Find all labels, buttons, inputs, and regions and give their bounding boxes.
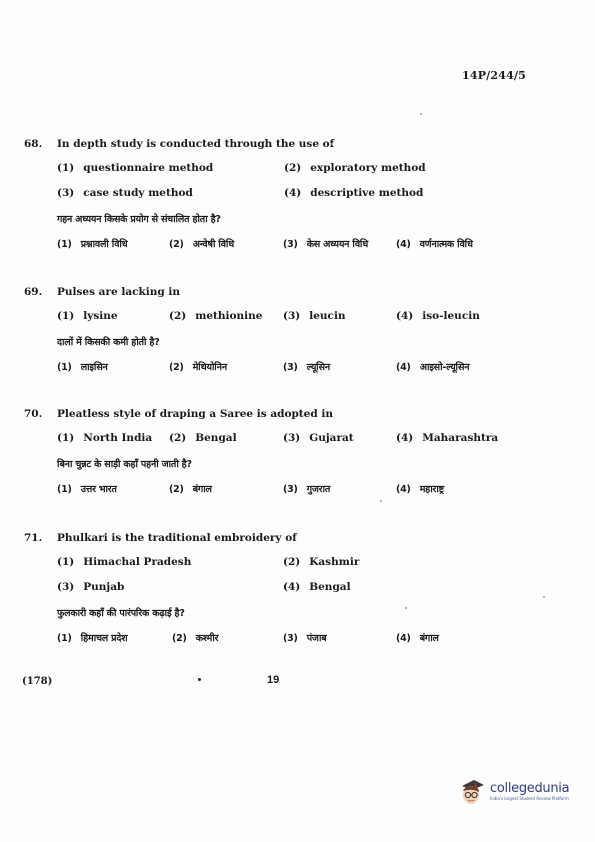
options-en: (3)case study method (4)descriptive meth… (57, 187, 544, 212)
option-3: (3)Gujarat (283, 432, 354, 444)
option-2-hindi: (2)अन्वेषी विधि (169, 237, 234, 250)
option-2-hindi: (2)बंगाल (169, 482, 212, 495)
question-text: Pleatless style of draping a Saree is ad… (57, 408, 333, 420)
options-en: (1)lysine (2)methionine (3)leucin (4)iso… (57, 310, 544, 335)
option-4-hindi: (4)बंगाल (396, 631, 439, 644)
question-text-hindi: फुलकारी कहाँ की पारंपरिक कढ़ाई है? (57, 606, 544, 631)
question-70: 70. Pleatless style of draping a Saree i… (24, 408, 544, 507)
options-en: (1)Himachal Pradesh (2)Kashmir (57, 556, 544, 581)
options-hi: (1)लाइसिन (2)मेथियोनिन (3)ल्यूसिन (4)आइस… (57, 360, 544, 385)
options-en: (1)questionnaire method (2)exploratory m… (57, 162, 544, 187)
option-1-hindi: (1)प्रश्नावली विधि (57, 237, 127, 250)
option-3-hindi: (3)केस अध्ययन विधि (283, 237, 368, 250)
option-4: (4)Bengal (283, 581, 351, 593)
mascot-icon (458, 778, 486, 806)
scan-speck (331, 143, 333, 145)
option-1-hindi: (1)लाइसिन (57, 360, 108, 373)
option-4-hindi: (4)महाराष्ट्र (396, 482, 444, 495)
options-hi: (1)हिमाचल प्रदेश (2)कश्मीर (3)पंजाब (4)ब… (57, 631, 544, 656)
paper-code: 14P/244/5 (462, 69, 526, 82)
option-2-hindi: (2)कश्मीर (172, 631, 218, 644)
option-1: (1)North India (57, 432, 152, 444)
option-3: (3)case study method (57, 187, 193, 199)
scan-speck (380, 500, 382, 502)
option-1: (1)Himachal Pradesh (57, 556, 191, 568)
scan-dot (198, 678, 201, 681)
question-number: 69. (24, 286, 57, 298)
collegedunia-watermark: collegedunia India's largest Student Rev… (458, 778, 569, 806)
scan-speck (405, 607, 407, 609)
question-69: 69. Pulses are lacking in (1)lysine (2)m… (24, 286, 544, 385)
question-number: 70. (24, 408, 57, 420)
booklet-code: (178) (22, 676, 52, 687)
option-1-hindi: (1)उत्तर भारत (57, 482, 117, 495)
question-text: Phulkari is the traditional embroidery o… (57, 532, 297, 544)
option-4: (4)descriptive method (284, 187, 423, 199)
option-4-hindi: (4)आइसो-ल्यूसिन (396, 360, 469, 373)
option-3: (3)Punjab (57, 581, 124, 593)
scan-speck (420, 113, 422, 115)
option-3: (3)leucin (283, 310, 346, 322)
page-number: 19 (267, 674, 279, 686)
options-hi: (1)उत्तर भारत (2)बंगाल (3)गुजरात (4)महार… (57, 482, 544, 507)
option-2-hindi: (2)मेथियोनिन (169, 360, 227, 373)
question-text-hindi: बिना चुन्नट के साड़ी कहाँ पहनी जाती है? (57, 457, 544, 482)
option-1: (1)questionnaire method (57, 162, 213, 174)
option-4-hindi: (4)वर्णनात्मक विधि (396, 237, 473, 250)
question-text-hindi: गहन अध्ययन किसके प्रयोग से संचालित होता … (57, 212, 544, 237)
option-2: (2)Bengal (169, 432, 237, 444)
option-3-hindi: (3)गुजरात (283, 482, 330, 495)
scan-speck (543, 596, 545, 598)
option-2: (2)Kashmir (283, 556, 359, 568)
options-hi: (1)प्रश्नावली विधि (2)अन्वेषी विधि (3)के… (57, 237, 544, 262)
exam-page: 14P/244/5 68. In depth study is conducte… (0, 0, 595, 842)
option-4: (4)Maharashtra (396, 432, 498, 444)
option-1: (1)lysine (57, 310, 118, 322)
option-2: (2)exploratory method (284, 162, 426, 174)
question-68: 68. In depth study is conducted through … (24, 138, 544, 262)
option-1-hindi: (1)हिमाचल प्रदेश (57, 631, 127, 644)
question-text: In depth study is conducted through the … (57, 138, 334, 150)
option-3-hindi: (3)पंजाब (283, 631, 326, 644)
options-en: (1)North India (2)Bengal (3)Gujarat (4)M… (57, 432, 544, 457)
watermark-tagline: India's largest Student Review Platform (490, 796, 569, 802)
question-number: 68. (24, 138, 57, 150)
option-2: (2)methionine (169, 310, 262, 322)
question-text-hindi: दालों में किसकी कमी होती है? (57, 335, 544, 360)
watermark-brand: collegedunia (490, 782, 569, 796)
question-71: 71. Phulkari is the traditional embroide… (24, 532, 544, 656)
option-3-hindi: (3)ल्यूसिन (283, 360, 330, 373)
question-text: Pulses are lacking in (57, 286, 180, 298)
question-number: 71. (24, 532, 57, 544)
option-4: (4)iso-leucin (396, 310, 480, 322)
options-en: (3)Punjab (4)Bengal (57, 581, 544, 606)
